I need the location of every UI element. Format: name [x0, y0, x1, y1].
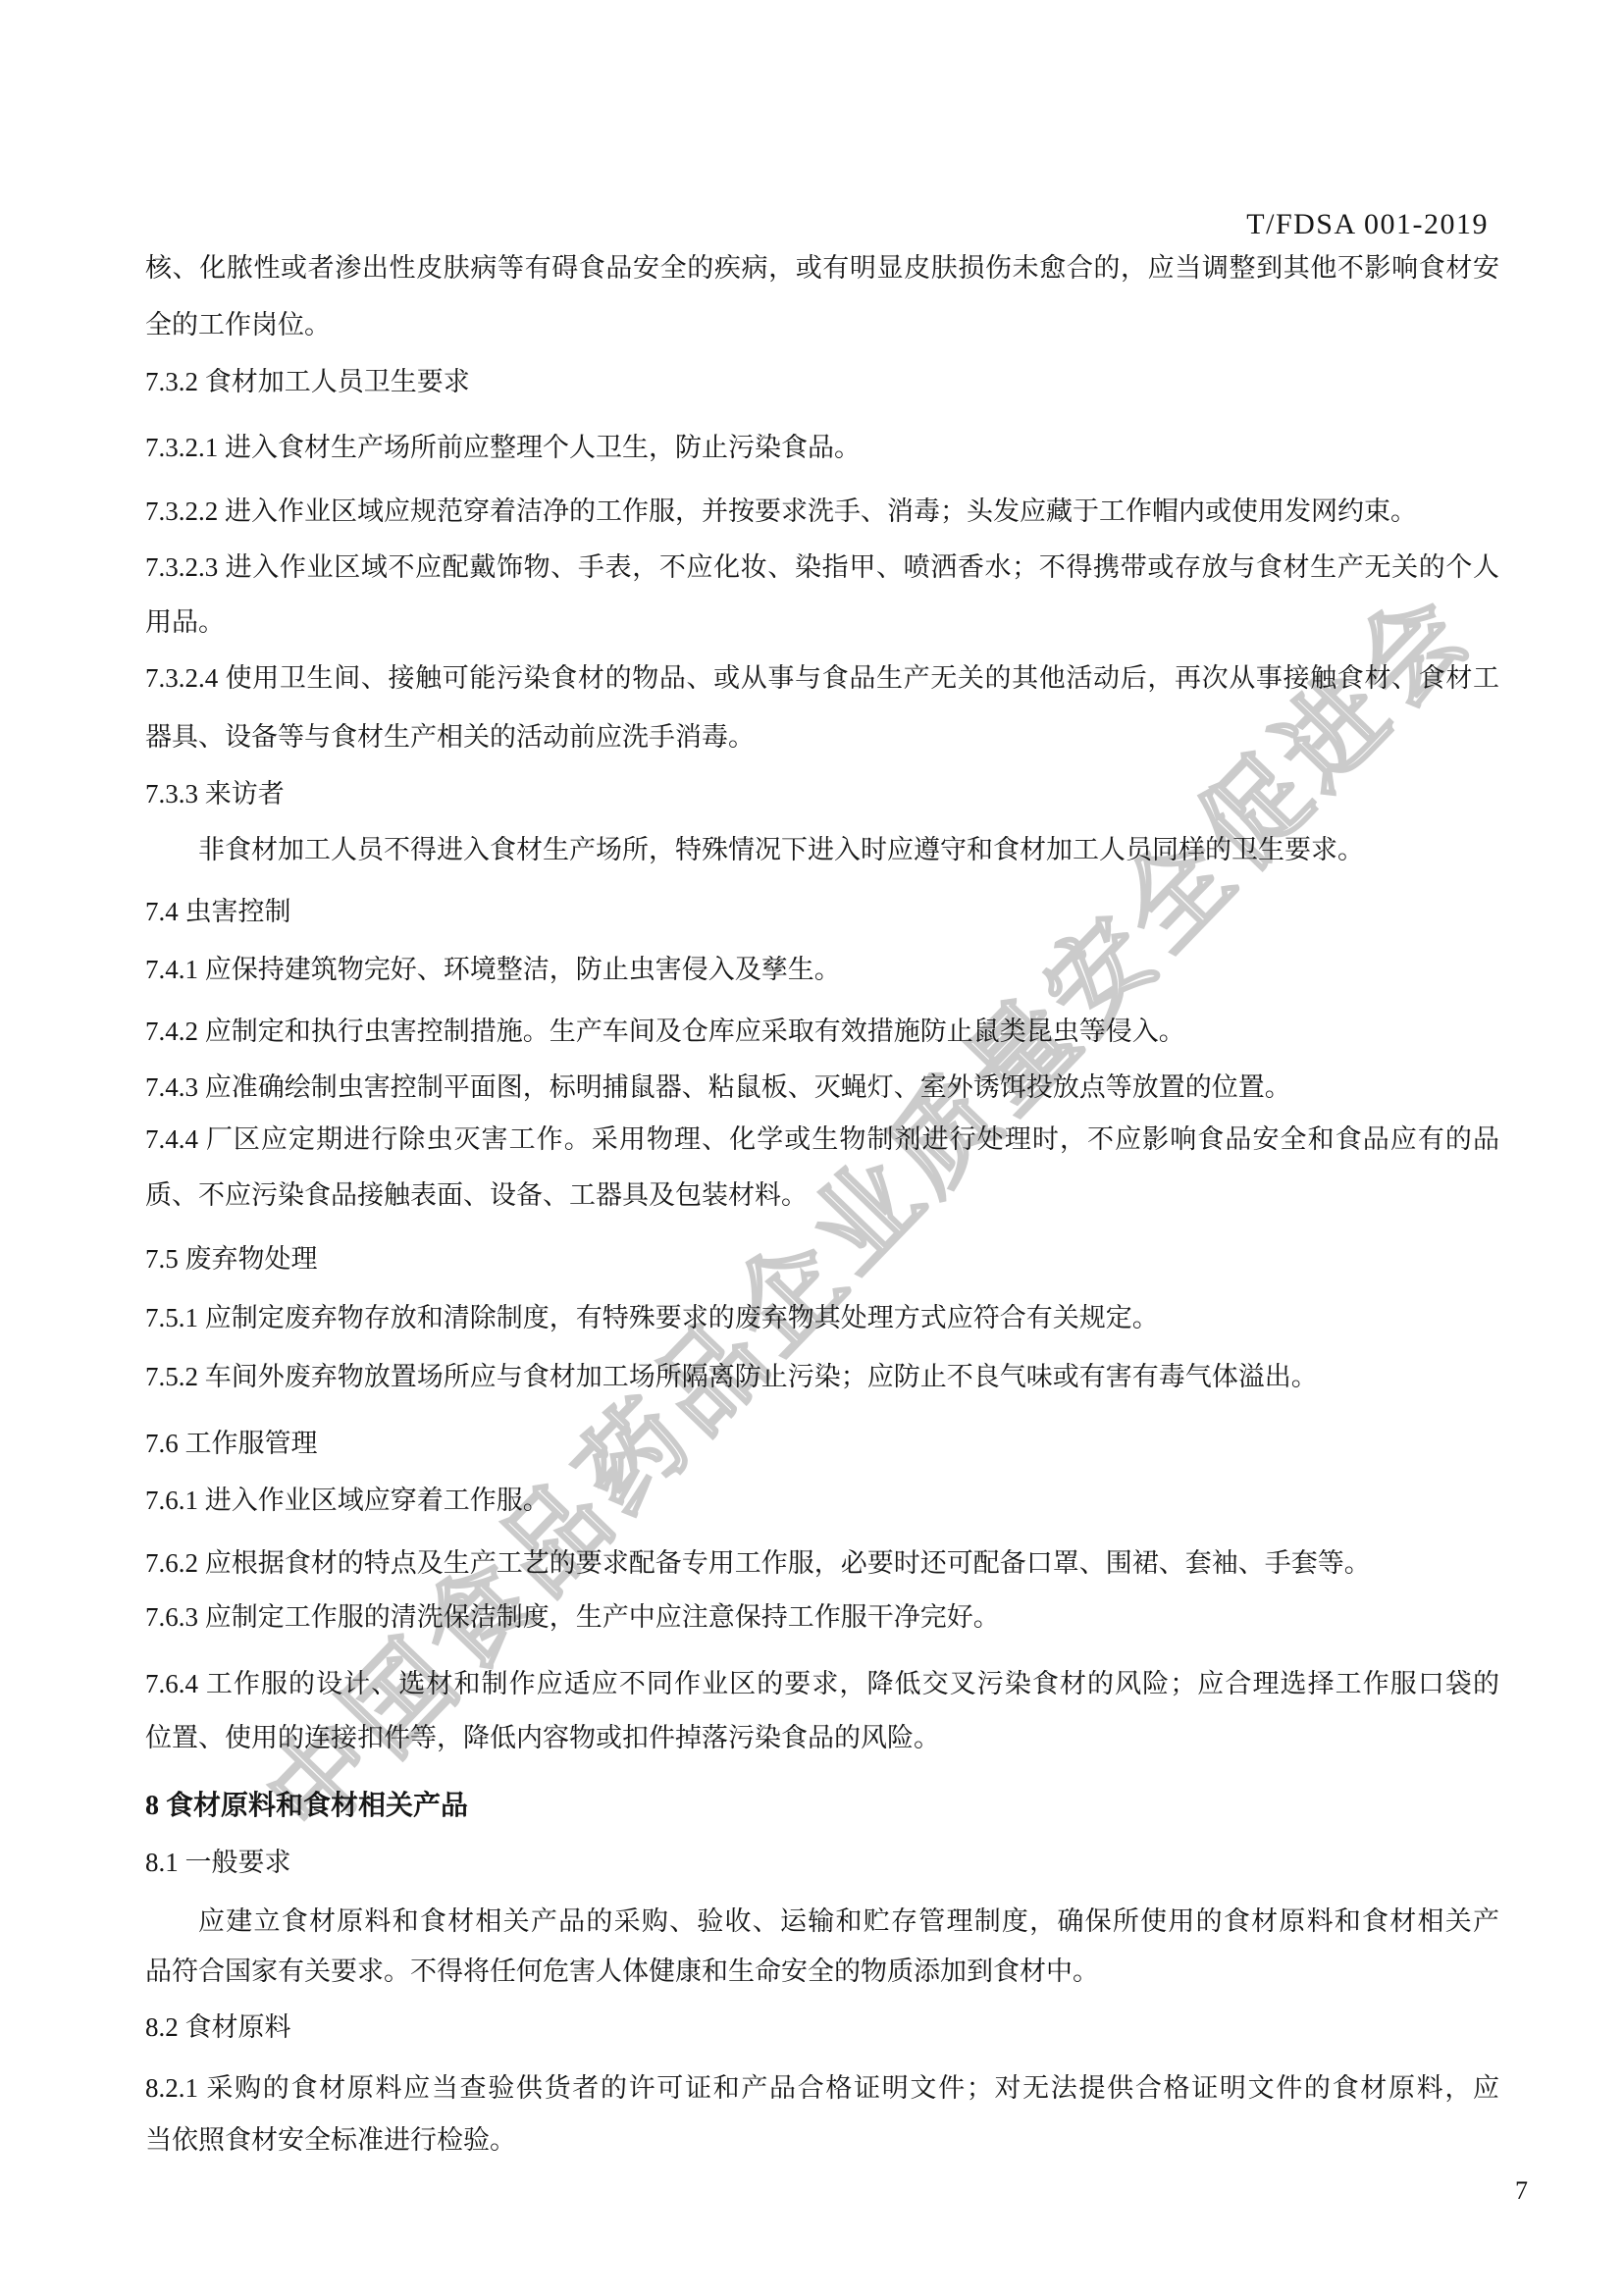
doc-line: 位置、使用的连接扣件等，降低内容物或扣件掉落污染食品的风险。 [145, 1720, 1499, 1761]
doc-line: 8.2 食材原料 [145, 2009, 1499, 2051]
doc-line: 7.5 废弃物处理 [145, 1241, 1499, 1282]
doc-line: 7.3.2.4 使用卫生间、接触可能污染食材的物品、或从事与食品生产无关的其他活… [145, 660, 1499, 702]
doc-line: 7.3.2.2 进入作业区域应规范穿着洁净的工作服，并按要求洗手、消毒；头发应藏… [145, 494, 1499, 535]
doc-line: 7.4.1 应保持建筑物完好、环境整洁，防止虫害侵入及孳生。 [145, 952, 1499, 993]
doc-line: 7.3.2.3 进入作业区域不应配戴饰物、手表，不应化妆、染指甲、喷洒香水；不得… [145, 549, 1499, 591]
page-number: 7 [1515, 2176, 1528, 2206]
doc-line: 7.6 工作服管理 [145, 1426, 1499, 1467]
document-body: 核、化脓性或者渗出性皮肤病等有碍食品安全的疾病，或有明显皮肤损伤未愈合的，应当调… [0, 0, 1624, 2295]
doc-line: 7.5.2 车间外废弃物放置场所应与食材加工场所隔离防止污染；应防止不良气味或有… [145, 1359, 1499, 1400]
doc-line: 用品。 [145, 604, 1499, 646]
doc-line: 7.3.3 来访者 [145, 776, 1499, 817]
doc-line: 7.6.1 进入作业区域应穿着工作服。 [145, 1483, 1499, 1524]
doc-line: 7.6.4 工作服的设计、选材和制作应适应不同作业区的要求，降低交叉污染食材的风… [145, 1666, 1499, 1707]
doc-line: 7.4.3 应准确绘制虫害控制平面图，标明捕鼠器、粘鼠板、灭蝇灯、室外诱饵投放点… [145, 1069, 1499, 1111]
doc-line: 非食材加工人员不得进入食材生产场所，特殊情况下进入时应遵守和食材加工人员同样的卫… [145, 832, 1499, 873]
doc-line: 7.3.2 食材加工人员卫生要求 [145, 364, 1499, 405]
doc-line: 8.2.1 采购的食材原料应当查验供货者的许可证和产品合格证明文件；对无法提供合… [145, 2070, 1499, 2112]
doc-line: 器具、设备等与食材生产相关的活动前应洗手消毒。 [145, 719, 1499, 760]
doc-line: 7.4.4 厂区应定期进行除虫灭害工作。采用物理、化学或生物制剂进行处理时，不应… [145, 1121, 1499, 1163]
doc-line: 应建立食材原料和食材相关产品的采购、验收、运输和贮存管理制度，确保所使用的食材原… [145, 1904, 1499, 1945]
doc-line: 7.4.2 应制定和执行虫害控制措施。生产车间及仓库应采取有效措施防止鼠类昆虫等… [145, 1014, 1499, 1055]
document-page: 中国食品药品企业质量安全促进会 T/FDSA 001-2019 核、化脓性或者渗… [0, 0, 1624, 2295]
doc-line: 全的工作岗位。 [145, 307, 1499, 348]
doc-line: 7.4 虫害控制 [145, 894, 1499, 935]
doc-line: 7.3.2.1 进入食材生产场所前应整理个人卫生，防止污染食品。 [145, 430, 1499, 471]
doc-line: 核、化脓性或者渗出性皮肤病等有碍食品安全的疾病，或有明显皮肤损伤未愈合的，应当调… [145, 250, 1499, 291]
doc-line: 7.6.3 应制定工作服的清洗保洁制度，生产中应注意保持工作服干净完好。 [145, 1599, 1499, 1641]
doc-line: 当依照食材安全标准进行检验。 [145, 2122, 1499, 2164]
doc-line: 质、不应污染食品接触表面、设备、工器具及包装材料。 [145, 1177, 1499, 1219]
doc-line: 8.1 一般要求 [145, 1845, 1499, 1886]
doc-line: 7.6.2 应根据食材的特点及生产工艺的要求配备专用工作服，必要时还可配备口罩、… [145, 1545, 1499, 1587]
doc-line: 品符合国家有关要求。不得将任何危害人体健康和生命安全的物质添加到食材中。 [145, 1954, 1499, 1995]
doc-line: 7.5.1 应制定废弃物存放和清除制度，有特殊要求的废弃物其处理方式应符合有关规… [145, 1300, 1499, 1341]
section-heading: 8 食材原料和食材相关产品 [145, 1789, 1499, 1830]
